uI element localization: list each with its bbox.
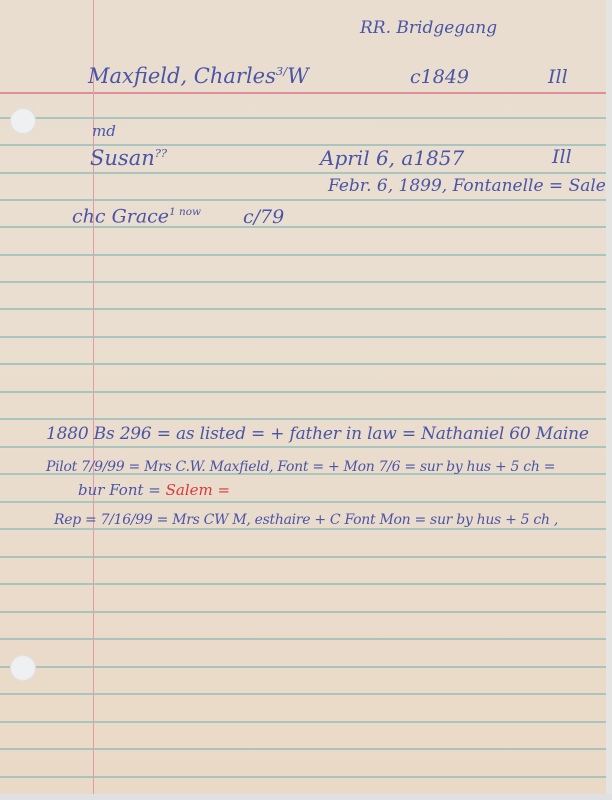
obituary-pilot-note: Pilot 7/9/99 = Mrs C.W. Maxfield, Font =… [46, 460, 555, 474]
married-label: md [92, 124, 116, 139]
ruled-line [0, 446, 606, 448]
subject-birthplace: Ill [548, 68, 568, 87]
subject-name: Maxfield, Charles3/W [88, 66, 309, 87]
ruled-line [0, 693, 606, 695]
notebook-paper: RR. Bridgegang Maxfield, Charles3/W c184… [0, 0, 606, 794]
margin-red-line [93, 0, 94, 794]
census-note: 1880 Bs 296 = as listed = + father in la… [46, 426, 589, 443]
burial-note: bur Font = Salem = [78, 483, 230, 498]
ruled-line [0, 776, 606, 778]
burial-place-red: Salem = [166, 481, 230, 499]
spouse-name: Susan?? [90, 148, 167, 169]
ruled-line [0, 666, 606, 668]
spouse-birthplace: Ill [552, 148, 572, 167]
spouse-death: Febr. 6, 1899, Fontanelle = Salem [328, 178, 606, 195]
child-birth: c/79 [243, 208, 284, 227]
ruled-line [0, 172, 606, 174]
burial-prefix: bur Font = [78, 481, 166, 499]
spouse-birth: April 6, a1857 [320, 148, 464, 168]
ruled-line [0, 199, 606, 201]
spouse-superscript: ?? [155, 146, 167, 160]
subject-birth: c1849 [410, 68, 469, 87]
child-superscript: 1 now [169, 206, 201, 218]
obituary-rep-note: Rep = 7/16/99 = Mrs CW M, esthaire + C F… [54, 513, 558, 527]
hole-punch [10, 655, 36, 681]
ruled-line [0, 556, 606, 558]
ruled-line [0, 363, 606, 365]
subject-suffix: W [287, 64, 309, 88]
source-label: RR. Bridgegang [360, 20, 497, 37]
ruled-line [0, 583, 606, 585]
ruled-line [0, 748, 606, 750]
ruled-line [0, 117, 606, 119]
ruled-line [0, 336, 606, 338]
subject-name-text: Maxfield, Charles [88, 64, 276, 88]
ruled-line [0, 418, 606, 420]
scan-background [0, 794, 612, 800]
ruled-line [0, 611, 606, 613]
spouse-name-text: Susan [90, 146, 155, 170]
ruled-line [0, 501, 606, 503]
ruled-line [0, 638, 606, 640]
ruled-line [0, 391, 606, 393]
ruled-line [0, 721, 606, 723]
ruled-line [0, 281, 606, 283]
child-relation: chc [72, 205, 106, 227]
header-red-line [0, 92, 606, 94]
child-name: Grace [112, 205, 169, 227]
ruled-line [0, 308, 606, 310]
ruled-line [0, 254, 606, 256]
subject-superscript: 3/ [276, 64, 287, 78]
child-entry: chc Grace1 now [72, 207, 201, 226]
hole-punch [10, 108, 36, 134]
ruled-line [0, 528, 606, 530]
